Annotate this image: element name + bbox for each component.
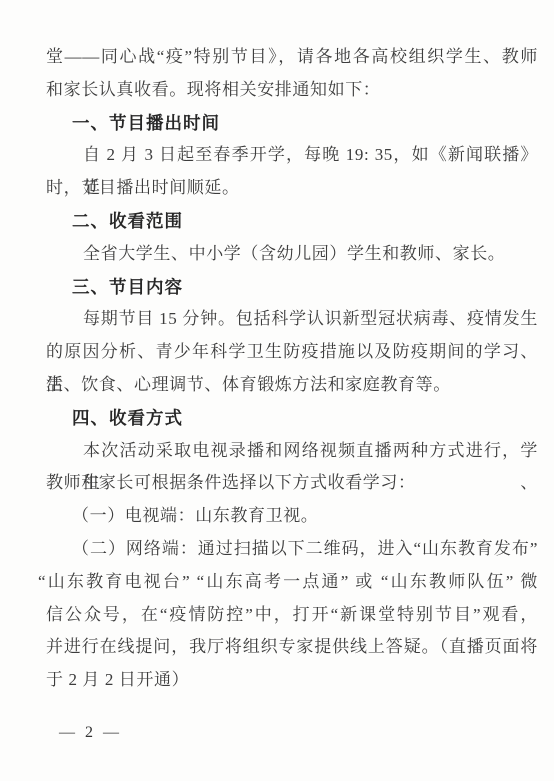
document-page: 堂——同心战“疫”特别节目》，请各地各高校组织学生、教师 和家长认真收看。现将相…	[0, 0, 554, 781]
text-line-13: 本次活动采取电视录播和网络视频直播两种方式进行，学生、	[46, 435, 538, 468]
text-line-20: 于 2 月 2 日开通）	[46, 664, 538, 697]
text-line-05: 时，节目播出时间顺延。	[46, 172, 538, 205]
text-line-19: 并进行在线提问，我厅将组织专家提供线上答疑。（直播页面将	[46, 631, 538, 664]
section-heading-viewing-scope: 二、收看范围	[46, 205, 538, 238]
text-line-10: 的原因分析、青少年科学卫生防疫措施以及防疫期间的学习、生	[46, 336, 538, 369]
text-line-11: 活、饮食、心理调节、体育锻炼方法和家庭教育等。	[46, 369, 538, 402]
section-heading-broadcast-time: 一、节目播出时间	[46, 107, 538, 140]
text-line-01: 堂——同心战“疫”特别节目》，请各地各高校组织学生、教师	[46, 41, 538, 74]
text-line-18: 信公众号，在“疫情防控”中，打开“新课堂特别节目”观看，	[46, 599, 538, 632]
text-line-tv-item: （一）电视端：山东教育卫视。	[46, 500, 538, 533]
text-line-network-item: （二）网络端：通过扫描以下二维码，进入“山东教育发布”	[46, 533, 538, 566]
text-line-02: 和家长认真收看。现将相关安排通知如下：	[46, 74, 538, 107]
section-heading-viewing-method: 四、收看方式	[46, 402, 538, 435]
page-number: — 2 —	[46, 723, 538, 743]
text-line-04: 自 2 月 3 日起至春季开学，每晚 19: 35，如《新闻联播》延	[46, 139, 538, 172]
text-line-17: “山东教育电视台” “山东高考一点通” 或 “山东教师队伍” 微	[38, 566, 538, 599]
text-line-09: 每期节目 15 分钟。包括科学认识新型冠状病毒、疫情发生	[46, 303, 538, 336]
text-line-07: 全省大学生、中小学（含幼儿园）学生和教师、家长。	[46, 238, 538, 271]
section-heading-program-content: 三、节目内容	[46, 271, 538, 304]
